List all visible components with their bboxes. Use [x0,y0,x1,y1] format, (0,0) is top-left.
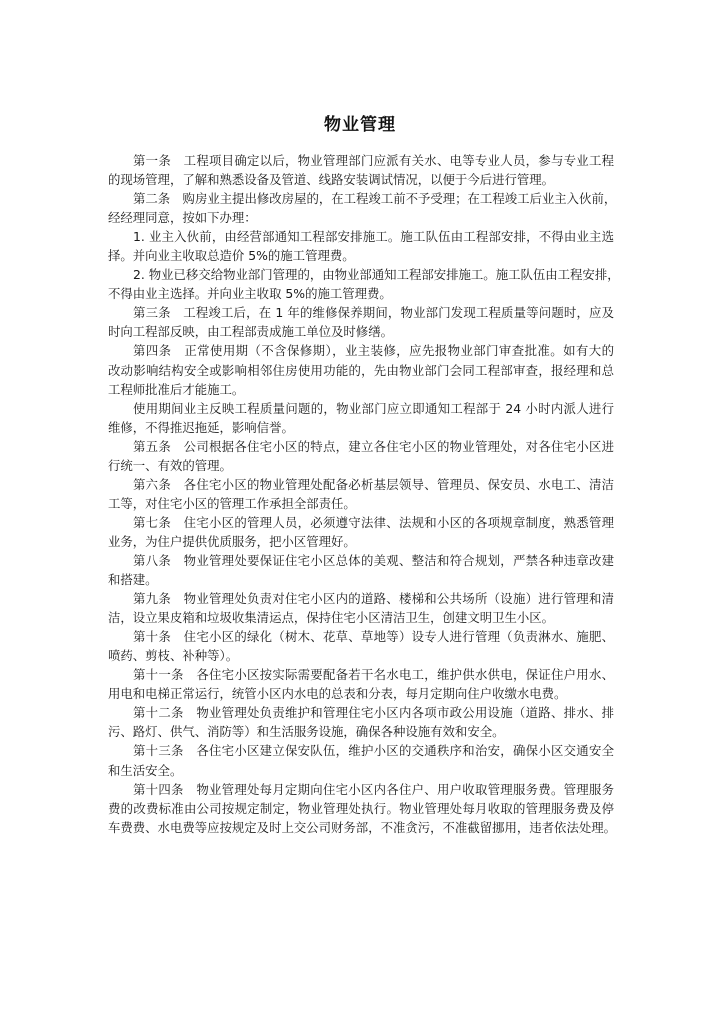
text-line: 不得由业主选择。并向业主收取 5%的施工管理费。 [108,284,614,303]
text-line: 第五条 公司根据各住宅小区的特点，建立各住宅小区的物业管理处，对各住宅小区进 [108,437,614,456]
text-line: 第一条 工程项目确定以后，物业管理部门应派有关水、电等专业人员，参与专业工程 [108,151,614,170]
document-body: 第一条 工程项目确定以后，物业管理部门应派有关水、电等专业人员，参与专业工程 的… [108,151,614,837]
text-line: 业务，为住户提供优质服务，把小区管理好。 [108,532,614,551]
text-line: 和生活安全。 [108,761,614,780]
text-line: 第十二条 物业管理处负责维护和管理住宅小区内各项市政公用设施（道路、排水、排 [108,703,614,722]
text-line: 改动影响结构安全或影响相邻住房使用功能的，先由物业部门会同工程部审查，报经理和总 [108,361,614,380]
text-line: 使用期间业主反映工程质量问题的，物业部门应立即通知工程部于 24 小时内派人进行 [108,399,614,418]
text-line: 第十一条 各住宅小区按实际需要配备若干名水电工，维护供水供电，保证住户用水、 [108,665,614,684]
text-line: 2. 物业已移交给物业部门管理的，由物业部通知工程部安排施工。施工队伍由工程安排… [108,265,614,284]
text-line: 择。并向业主收取总造价 5%的施工管理费。 [108,246,614,265]
text-line: 喷药、剪枝、补种等）。 [108,646,614,665]
text-line: 第七条 住宅小区的管理人员，必须遵守法律、法规和小区的各项规章制度，熟悉管理 [108,513,614,532]
text-line: 洁，设立果皮箱和垃圾收集清运点，保持住宅小区清洁卫生，创建文明卫生小区。 [108,608,614,627]
text-line: 维修，不得推迟拖延，影响信誉。 [108,418,614,437]
text-line: 第三条 工程竣工后，在 1 年的维修保养期间，物业部门发现工程质量等问题时，应及 [108,303,614,322]
text-line: 用电和电梯正常运行，统管小区内水电的总表和分表，每月定期向住户收缴水电费。 [108,684,614,703]
text-line: 经经理同意，按如下办理： [108,208,614,227]
text-line: 第八条 物业管理处要保证住宅小区总体的美观、整洁和符合规划，严禁各种违章改建 [108,551,614,570]
text-line: 第四条 正常使用期（不含保修期），业主装修，应先报物业部门审查批准。如有大的 [108,341,614,360]
document-page: 物业管理 第一条 工程项目确定以后，物业管理部门应派有关水、电等专业人员，参与专… [0,0,720,1017]
text-line: 车费费、水电费等应按规定及时上交公司财务部，不准贪污，不准截留挪用，违者依法处理… [108,818,614,837]
text-line: 第十三条 各住宅小区建立保安队伍，维护小区的交通秩序和治安，确保小区交通安全 [108,741,614,760]
text-line: 时向工程部反映，由工程部责成施工单位及时修缮。 [108,322,614,341]
document-title: 物业管理 [0,110,720,135]
text-line: 第六条 各住宅小区的物业管理处配备必析基层领导、管理员、保安员、水电工、清洁 [108,475,614,494]
text-line: 工程师批准后才能施工。 [108,380,614,399]
text-line: 行统一、有效的管理。 [108,456,614,475]
text-line: 1. 业主入伙前，由经营部通知工程部安排施工。施工队伍由工程部安排，不得由业主选 [108,227,614,246]
text-line: 第二条 购房业主提出修改房屋的，在工程竣工前不予受理；在工程竣工后业主入伙前， [108,189,614,208]
text-line: 污、路灯、供气、消防等）和生活服务设施，确保各种设施有效和安全。 [108,722,614,741]
text-line: 和搭建。 [108,570,614,589]
text-line: 第九条 物业管理处负责对住宅小区内的道路、楼梯和公共场所（设施）进行管理和清 [108,589,614,608]
text-line: 费的改费标准由公司按规定制定，物业管理处执行。物业管理处每月收取的管理服务费及停 [108,799,614,818]
text-line: 工等，对住宅小区的管理工作承担全部责任。 [108,494,614,513]
text-line: 的现场管理，了解和熟悉设备及管道、线路安装调试情况，以便于今后进行管理。 [108,170,614,189]
text-line: 第十四条 物业管理处每月定期向住宅小区内各住户、用户收取管理服务费。管理服务 [108,780,614,799]
text-line: 第十条 住宅小区的绿化（树木、花草、草地等）设专人进行管理（负责淋水、施肥、 [108,627,614,646]
